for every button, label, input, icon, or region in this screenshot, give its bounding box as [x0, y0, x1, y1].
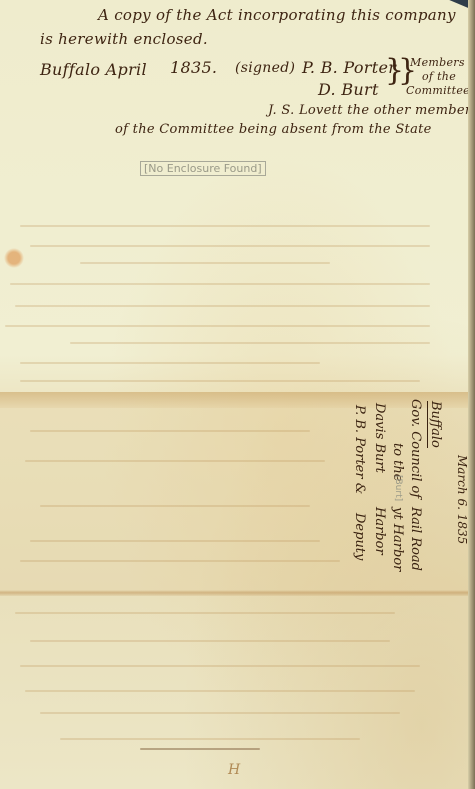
text-line-2: is herewith enclosed. — [40, 30, 208, 48]
absent-line-2: of the Committee being absent from the S… — [115, 122, 432, 137]
docket-line-2: Davis Burt — [372, 403, 387, 473]
archival-note: [No Enclosure Found] — [140, 162, 266, 175]
absent-line-1: J. S. Lovett the other member — [268, 103, 471, 118]
of-the-label: of the — [422, 70, 456, 83]
docket-pencil-tag: [Burt] — [393, 475, 403, 501]
docket: P. B. Porter & Davis Burt to the Gov. Co… — [340, 395, 475, 585]
year: 1835. — [170, 58, 217, 77]
docket-line-5: Buffalo — [427, 401, 443, 448]
members-label: Members — [410, 56, 465, 69]
signer-porter: P. B. Porter — [302, 58, 396, 77]
bottom-mark: H — [228, 762, 240, 778]
docket-right-2: Harbor — [372, 507, 387, 555]
docket-right-4: Rail Road — [408, 507, 423, 571]
docket-right-3: yt Harbor — [390, 507, 405, 571]
signer-burt: D. Burt — [318, 80, 379, 99]
signed-label: (signed) — [235, 60, 295, 76]
docket-date: March 6. 1835 — [455, 455, 469, 544]
place-date: Buffalo April — [40, 60, 147, 79]
docket-line-1: P. B. Porter & — [352, 405, 367, 494]
docket-right-1: Deputy — [352, 513, 367, 560]
text-line-1: A copy of the Act incorporating this com… — [98, 6, 456, 24]
committee-label: Committee — [406, 84, 470, 97]
page-edge — [468, 0, 475, 789]
docket-line-4: Gov. Council of — [408, 399, 423, 498]
fold-line-bottom — [0, 590, 468, 596]
